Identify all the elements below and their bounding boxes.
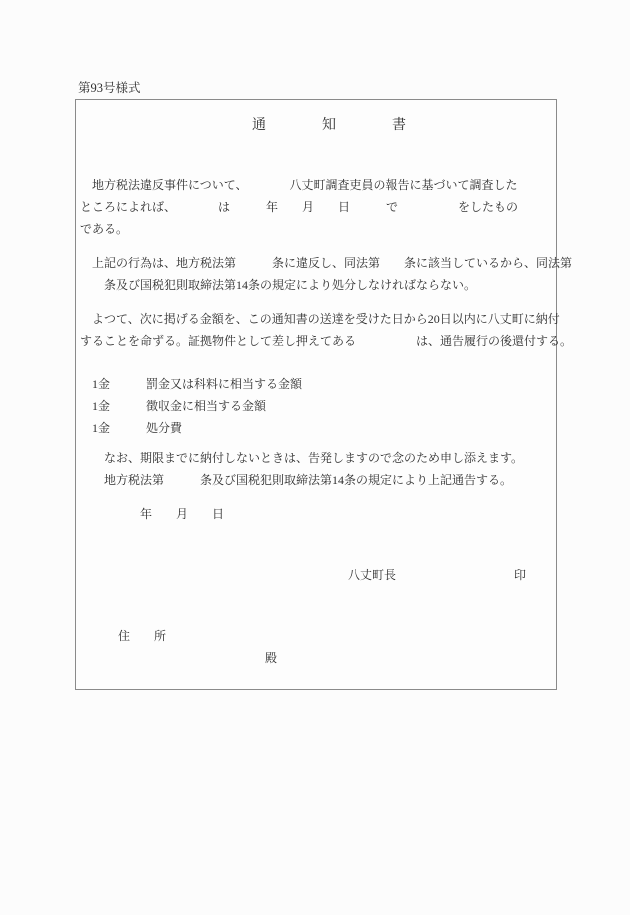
document-frame: 通 知 書 地方税法違反事件について、 八丈町調査吏員の報告に基づいて調査した … [75,99,557,690]
paragraph-intro: 地方税法違反事件について、 八丈町調査吏員の報告に基づいて調査した ところによれ… [80,174,552,240]
issuer-title: 八丈町長 [348,568,396,582]
order-line-2: することを命ずる。証拠物件として差し押えてある は、通告履行の後還付する。 [80,330,552,352]
note-line-1: なお、期限までに納付しないときは、告発しますので念のため申し添えます。 [80,447,552,469]
note-line-2: 地方税法第 条及び国税犯則取締法第14条の規定により上記通告する。 [80,469,552,491]
seal-mark: 印 [514,568,526,582]
intro-line-3: である。 [80,218,552,240]
notes-block: なお、期限までに納付しないときは、告発しますので念のため申し添えます。 地方税法… [80,447,552,491]
document-title: 通 知 書 [80,116,552,136]
intro-line-1: 地方税法違反事件について、 八丈町調査吏員の報告に基づいて調査した [80,174,552,196]
amount-item-levy: 1金 徴収金に相当する金額 [80,395,552,417]
amount-item-disposal: 1金 処分費 [80,417,552,439]
intro-line-2: ところによれば、 は 年 月 日 で をしたもの [80,196,552,218]
violation-line-1: 上記の行為は、地方税法第 条に違反し、同法第 条に該当しているから、同法第 [80,252,552,274]
address-label: 住 所 [80,625,552,647]
honorific-label: 殿 [80,647,552,669]
paragraph-payment-order: よつて、次に掲げる金額を、この通知書の送達を受けた日から20日以内に八丈町に納付… [80,308,552,352]
violation-line-2: 条及び国税犯則取締法第14条の規定により処分しなければならない。 [80,274,552,296]
date-line: 年 月 日 [80,503,552,525]
issuer-line: 八丈町長印 [80,542,552,608]
order-line-1: よつて、次に掲げる金額を、この通知書の送達を受けた日から20日以内に八丈町に納付 [80,308,552,330]
paragraph-violation: 上記の行為は、地方税法第 条に違反し、同法第 条に該当しているから、同法第 条及… [80,252,552,296]
page: { "page": { "form_number": "第93号様式", "ba… [0,0,630,915]
form-number-label: 第93号様式 [78,80,141,96]
amount-list: 1金 罰金又は科料に相当する金額 1金 徴収金に相当する金額 1金 処分費 [80,373,552,439]
amount-item-fine: 1金 罰金又は科料に相当する金額 [80,373,552,395]
